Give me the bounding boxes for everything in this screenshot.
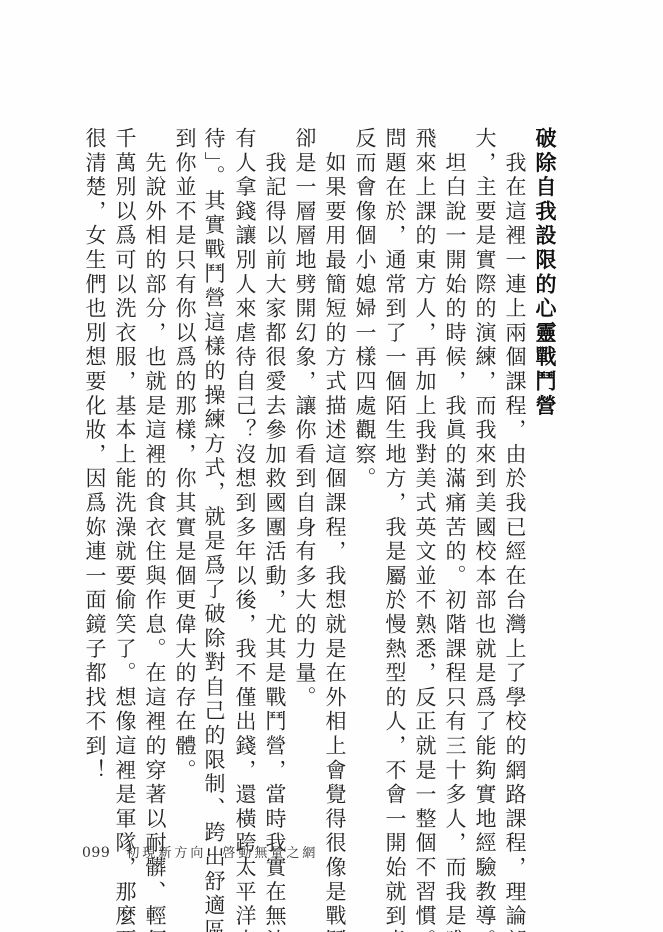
text-column: 有人拿錢讓別人來虐待自己？沒想到多年以後，我不僅出錢，還橫跨太平洋來到異國被「虐 <box>233 127 257 767</box>
text-column: 坦白說一開始的時候，我眞的滿痛苦的。初階課程只有三十多人，而我是唯一千里迢迢 <box>443 127 467 767</box>
text-column: 反而會像個小媳婦一樣四處觀察。 <box>353 127 377 767</box>
book-page: 破除自我設限的心靈戰鬥營 我在這裡一連上兩個課程，由於我已經在台灣上了學校的網路… <box>0 0 663 932</box>
text-column: 卻是一層層地劈開幻象，讓你看到自身有多大的力量。 <box>293 127 317 767</box>
text-column: 我在這裡一連上兩個課程，由於我已經在台灣上了學校的網路課程，理論部分的問題不 <box>503 127 527 767</box>
text-column: 我記得以前大家都很愛去參加救國團活動，尤其是戰鬥營，當時我實在無法理解爲何會 <box>263 127 287 767</box>
text-column: 先說外相的部分，也就是這裡的食衣住與作息。在這裡的穿著以耐髒、輕便與保暖爲主， <box>143 127 167 767</box>
text-column: 到你並不是只有你以爲的那樣，你其實是個更偉大的存在體。 <box>173 127 197 767</box>
text-column: 問題在於，通常到了一個陌生地方，我是屬於慢熱型的人，不會一開始就到處哈拉交朋友， <box>383 127 407 767</box>
text-column: 很清楚，女生們也別想要化妝，因爲妳連一面鏡子都找不到！ <box>83 127 107 767</box>
section-title: 破除自我設限的心靈戰鬥營 <box>533 127 557 767</box>
page-number: 099 <box>82 845 110 861</box>
text-column: 大，主要是實際的演練，而我來到美國校本部也就是爲了能夠實地經驗教導。 <box>473 127 497 767</box>
page-footer: 099 初現新方向：啓動無量之網 <box>82 842 318 861</box>
text-column: 待」。其實戰鬥營這樣的操練方式，就是爲了破除對自己的限制、跨出舒適區，從而體驗 <box>202 127 226 767</box>
text-column: 千萬別以爲可以洗衣服，基本上能洗澡就要偷笑了。想像這裡是軍隊，那麼要穿什麼就會 <box>113 127 137 767</box>
text-column: 飛來上課的東方人，再加上我對美式英文並不熟悉，反正就是一整個不習慣。其實最大的 <box>413 127 437 767</box>
book-title: 初現新方向：啓動無量之網 <box>126 846 318 861</box>
text-column: 如果要用最簡短的方式描述這個課程，我想就是在外相上會覺得很像是戰鬥營，本質上 <box>323 127 347 767</box>
